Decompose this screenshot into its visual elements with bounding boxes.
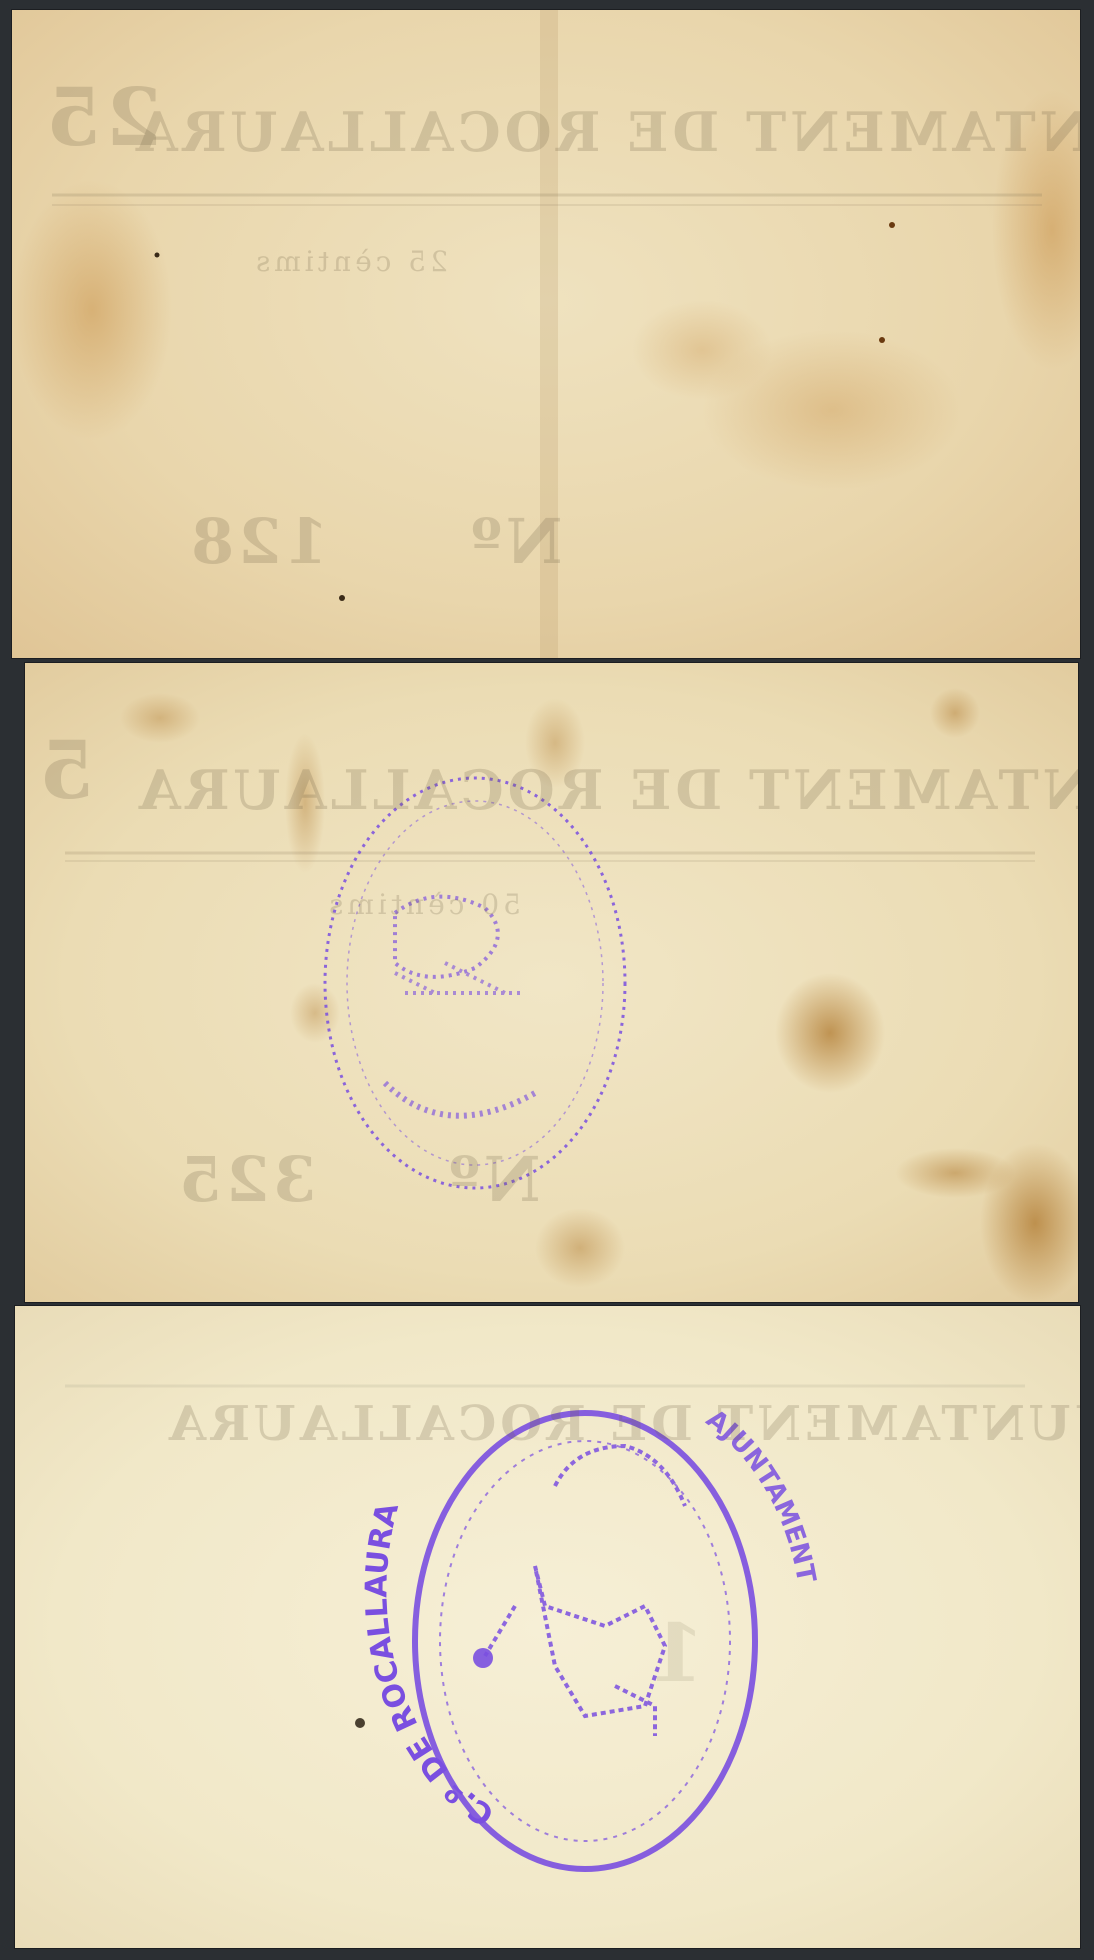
violet-oval-stamp (325, 778, 625, 1188)
show-through-title: AJUNTAMENT DE ROCALLAURA (132, 100, 1080, 164)
banknote-1-reverse: AJUNTAMENT DE ROCALLAURA 25 25 cèntims 1… (12, 10, 1080, 658)
show-through-subtitle: 25 cèntims (252, 245, 448, 278)
show-through-serial-number: 128 (187, 505, 328, 578)
show-through-denomination: 25 (42, 70, 161, 164)
banknote-3-reverse: C.º DE ROCALLAURA AJUNTAMENT AJUNTAMENT … (15, 1306, 1080, 1948)
banknote-2-reverse: AJUNTAMENT DE ROCALLAURA 5 50 cèntims 32… (25, 663, 1078, 1302)
show-through-denomination: 5 (35, 723, 95, 817)
show-through-subtitle: 50 cèntims (325, 888, 521, 921)
show-through-denomination: 1 (645, 1606, 705, 1700)
show-through-serial-number: 325 (175, 1143, 316, 1216)
show-through-title: AJUNTAMENT DE ROCALLAURA (165, 1396, 1080, 1452)
ink-spot (355, 1718, 365, 1728)
show-through-title: AJUNTAMENT DE ROCALLAURA (135, 758, 1078, 822)
violet-oval-stamp: C.º DE ROCALLAURA AJUNTAMENT (359, 1404, 821, 1869)
show-through-number-label: Nº (467, 505, 563, 578)
show-through-number-label: Nº (445, 1143, 541, 1216)
